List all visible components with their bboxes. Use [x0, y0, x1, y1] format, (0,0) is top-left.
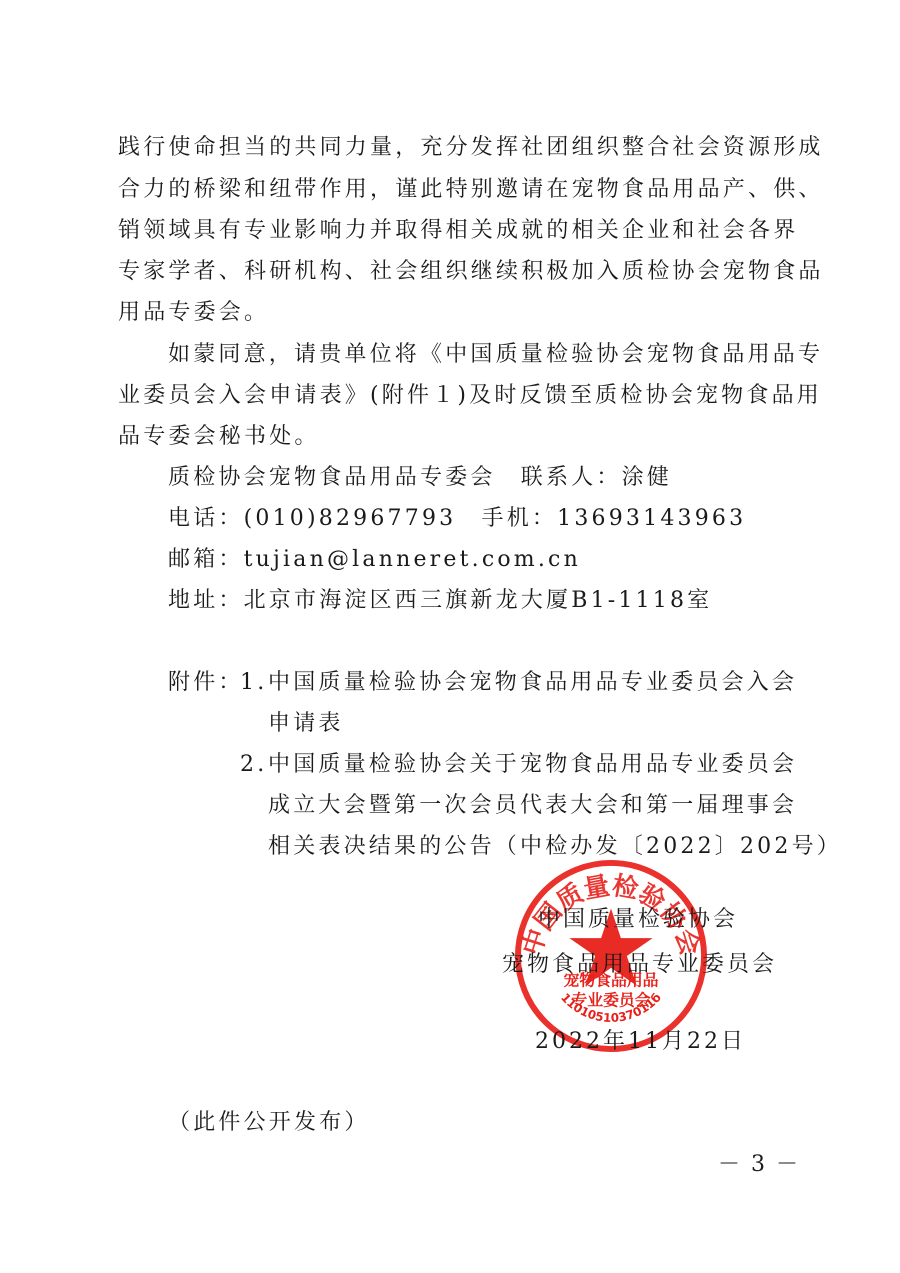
attachment-1-number: 1. [240, 668, 267, 698]
attachment-1-line-2: 申请表 [268, 709, 344, 739]
request-line-1: 如蒙同意，请贵单位将《中国质量检验协会宠物食品用品专 [168, 340, 823, 370]
signature-org-line-2: 宠物食品用品专业委员会 [502, 950, 777, 980]
signature-date: 2022年11月22日 [535, 1027, 746, 1057]
page-number: － 3 － [718, 1150, 800, 1180]
contact-org-line: 质检协会宠物食品用品专委会 联系人：涂健 [168, 463, 672, 493]
body-line-3: 销领域具有专业影响力并取得相关成就的相关企业和社会各界 [118, 216, 798, 246]
request-line-2: 业委员会入会申请表》(附件１)及时反馈至质检协会宠物食品用 [118, 381, 822, 411]
attachment-1-line-1: 中国质量检验协会宠物食品用品专业委员会入会 [268, 668, 797, 698]
body-line-4: 专家学者、科研机构、社会组织继续积极加入质检协会宠物食品 [118, 257, 824, 287]
contact-email-line: 邮箱：tujian@lanneret.com.cn [168, 545, 581, 575]
attachment-2-line-2: 成立大会暨第一次会员代表大会和第一届理事会 [268, 791, 797, 821]
body-line-1: 践行使命担当的共同力量，充分发挥社团组织整合社会资源形成 [118, 133, 824, 163]
attachments-label: 附件： [168, 668, 244, 698]
attachment-2-line-1: 中国质量检验协会关于宠物食品用品专业委员会 [268, 750, 797, 780]
public-release-note: （此件公开发布） [168, 1108, 370, 1138]
contact-phone-line: 电话：(010)82967793 手机：13693143963 [168, 504, 746, 534]
attachment-2-number: 2. [240, 750, 267, 780]
signature-org-line-1: 中国质量检验协会 [538, 905, 738, 935]
body-line-5: 用品专委会。 [118, 298, 269, 328]
contact-address-line: 地址：北京市海淀区西三旗新龙大厦B1-1118室 [168, 586, 712, 616]
request-line-3: 品专委会秘书处。 [118, 422, 320, 452]
body-line-2: 合力的桥梁和纽带作用，谨此特别邀请在宠物食品用品产、供、 [118, 175, 824, 205]
